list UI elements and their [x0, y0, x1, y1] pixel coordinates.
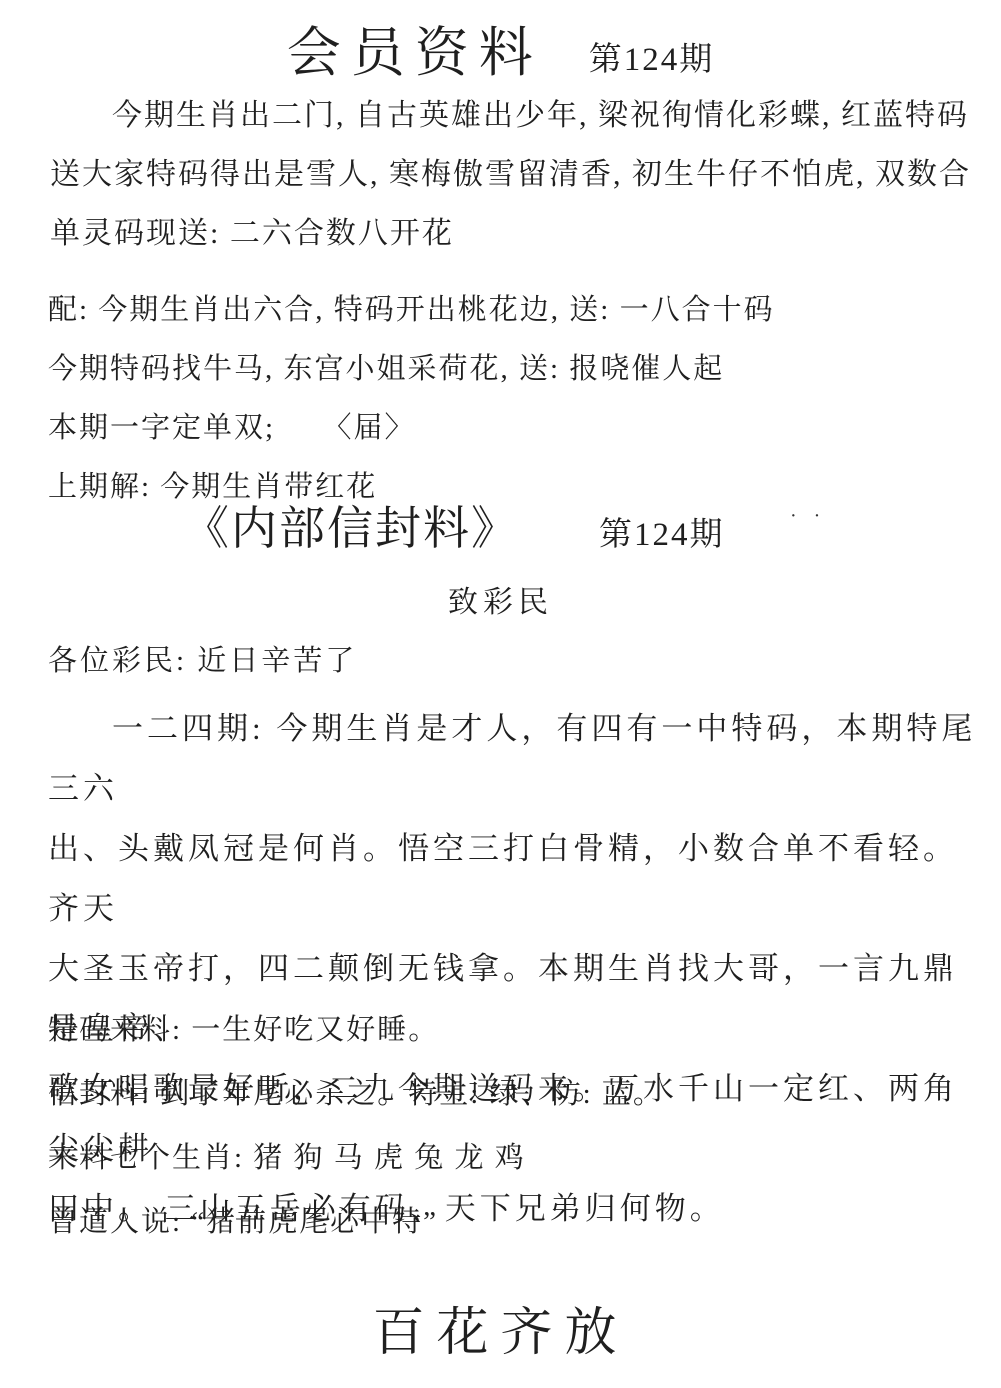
salutation: 致彩民: [0, 577, 1001, 621]
issue-number: 第124期: [589, 17, 715, 80]
intro-line: 送大家特码得出是雪人, 寒梅傲雪留清香, 初生牛仔不怕虎, 双数合: [50, 145, 977, 204]
tip-line-oddeven: 本期一字定单双; 〈届〉: [48, 399, 977, 458]
notes-block: 特码来料: 一生好吃又好睡。 信封料: 到了年尾必杀之。特主: 绿、防: 蓝。 …: [48, 998, 979, 1254]
tips-block: 配: 今期生肖出六合, 特码开出桃花边, 送: 一八合十码 今期特码找牛马, 东…: [48, 281, 977, 517]
intro-line: 今期生肖出二门, 自古英雄出少年, 梁祝徇情化彩蝶, 红蓝特码: [50, 86, 977, 145]
quote-line: 曾道人说: “猪前虎尾必中特”: [48, 1190, 979, 1254]
section-issue-number: 第124期: [599, 496, 725, 555]
envelope-material-line: 信封料: 到了年尾必杀之。特主: 绿、防: 蓝。: [48, 1062, 979, 1126]
heading-dots: · ·: [790, 505, 826, 528]
tip-line-special: 今期特码找牛马, 东宫小姐采荷花, 送: 报哓催人起: [48, 340, 977, 399]
document-page: 会员资料 第124期 今期生肖出二门, 自古英雄出少年, 梁祝徇情化彩蝶, 红蓝…: [0, 0, 1001, 1388]
footer-slogan: 百花齐放: [0, 1290, 1001, 1365]
greeting-line: 各位彩民: 近日辛苦了: [48, 638, 357, 679]
page-header: 会员资料 第124期: [0, 10, 1001, 87]
page-title: 会员资料: [287, 10, 543, 87]
intro-line: 单灵码现送: 二六合数八开花: [50, 204, 977, 263]
body-line: 一二四期: 今期生肖是才人，有四有一中特码，本期特尾三六: [48, 699, 979, 819]
envelope-heading-row: 《内部信封料》 第124期: [183, 492, 725, 558]
special-code-line: 特码来料: 一生好吃又好睡。: [48, 998, 979, 1062]
zodiac-line: 来料七个生肖: 猪 狗 马 虎 兔 龙 鸡: [48, 1126, 979, 1190]
intro-paragraph: 今期生肖出二门, 自古英雄出少年, 梁祝徇情化彩蝶, 红蓝特码 送大家特码得出是…: [50, 86, 977, 263]
section-heading: 《内部信封料》: [183, 492, 519, 558]
tip-line-pair: 配: 今期生肖出六合, 特码开出桃花边, 送: 一八合十码: [48, 281, 977, 340]
body-line: 出、头戴凤冠是何肖。悟空三打白骨精，小数合单不看轻。 齐天: [48, 819, 979, 939]
